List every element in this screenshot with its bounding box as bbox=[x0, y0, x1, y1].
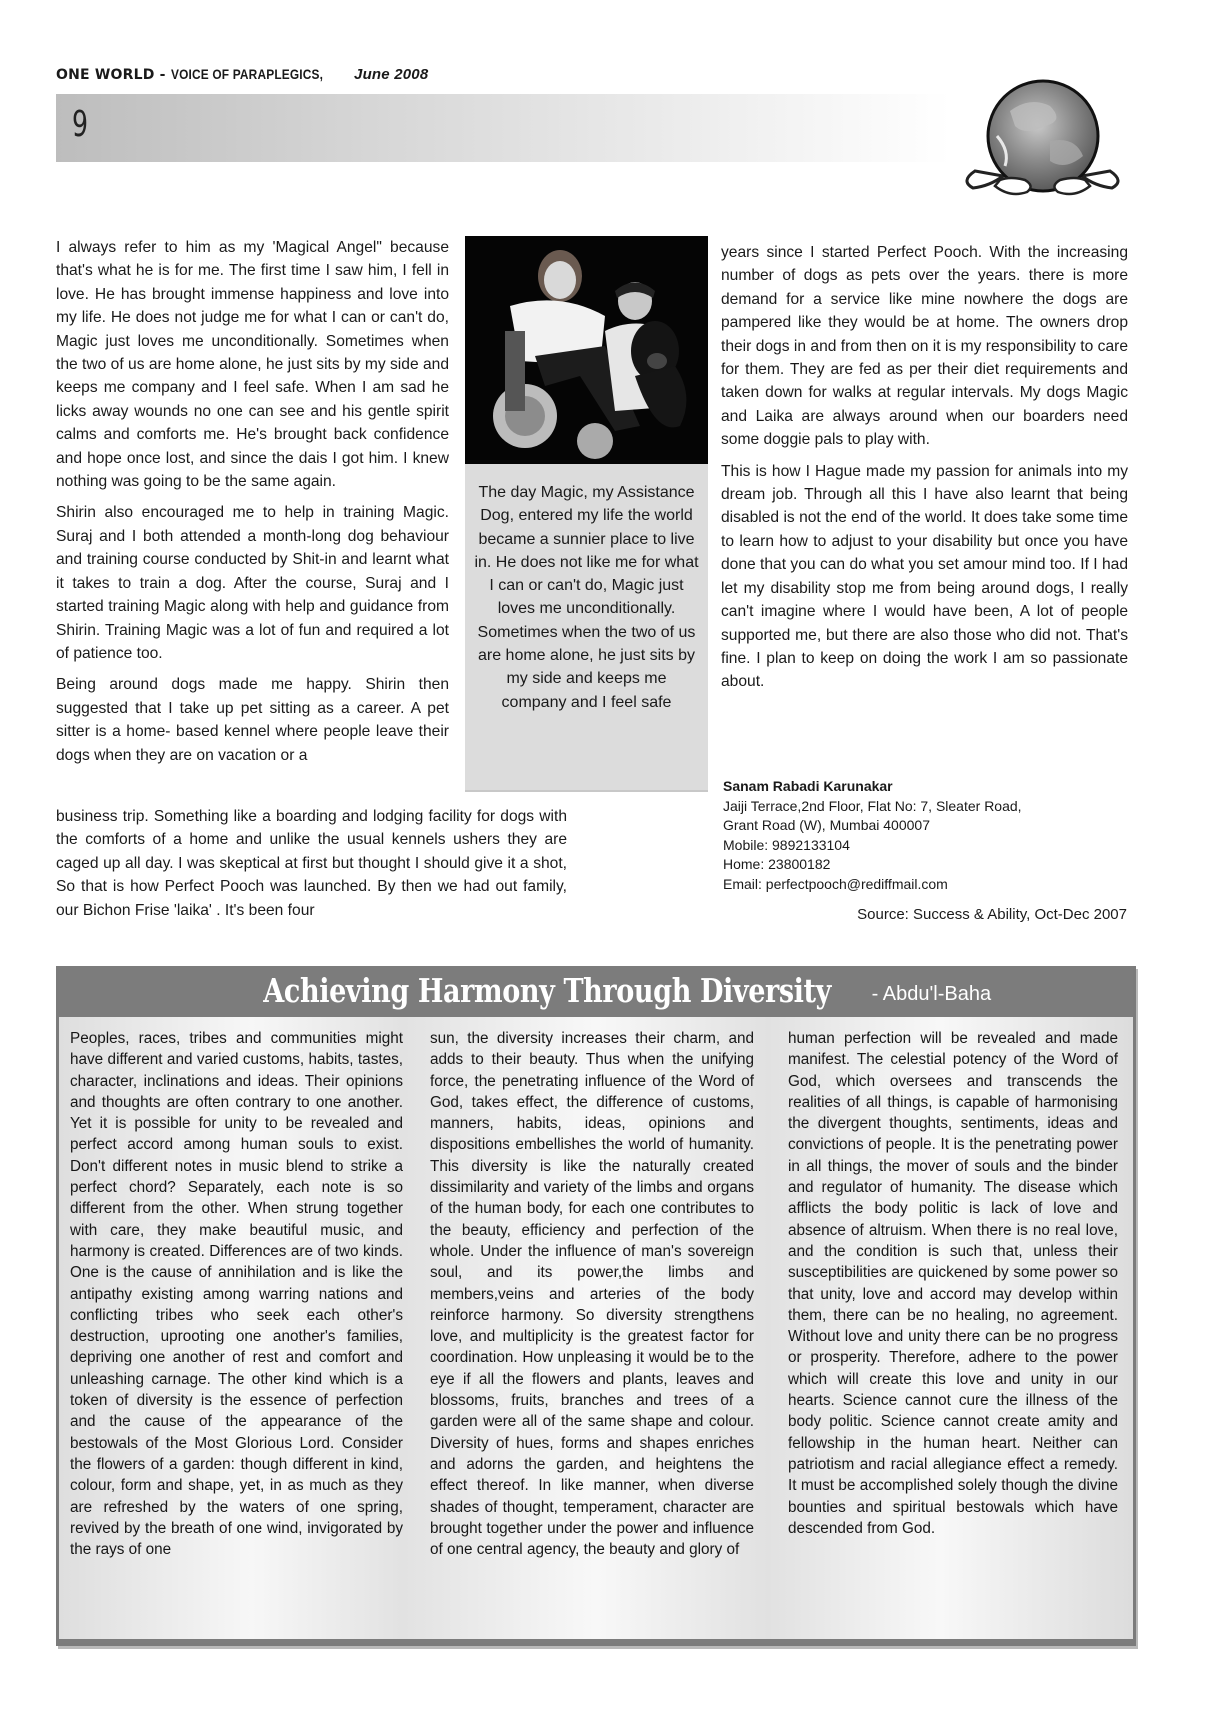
article-paragraph: years since I started Perfect Pooch. Wit… bbox=[721, 241, 1128, 452]
author-name: Sanam Rabadi Karunakar bbox=[723, 777, 1133, 797]
article-paragraph: Shirin also encouraged me to help in tra… bbox=[56, 501, 449, 665]
article-paragraph-continuation: business trip. Something like a boarding… bbox=[56, 805, 567, 922]
pull-quote-box: The day Magic, my Assistance Dog, entere… bbox=[465, 464, 708, 792]
publication-tagline: VOICE OF PARAPLEGICS, bbox=[171, 66, 323, 82]
globe-in-hands-icon bbox=[955, 76, 1130, 211]
diversity-header: Achieving Harmony Through Diversity - Ab… bbox=[59, 966, 1133, 1016]
diversity-column-2: sun, the diversity increases their charm… bbox=[430, 1028, 754, 1560]
address-line-2: Grant Road (W), Mumbai 400007 bbox=[723, 816, 1133, 836]
home-number: Home: 23800182 bbox=[723, 855, 1133, 875]
address-line-1: Jaiji Terrace,2nd Floor, Flat No: 7, Sle… bbox=[723, 797, 1133, 817]
diversity-column-3: human perfection will be revealed and ma… bbox=[788, 1028, 1118, 1539]
diversity-article-box: Achieving Harmony Through Diversity - Ab… bbox=[56, 966, 1136, 1646]
diversity-body: Peoples, races, tribes and communities m… bbox=[59, 1017, 1133, 1639]
article-paragraph: Being around dogs made me happy. Shirin … bbox=[56, 673, 449, 767]
masthead: ONE WORLD - VOICE OF PARAPLEGICS, June 2… bbox=[56, 66, 428, 83]
diversity-title: Achieving Harmony Through Diversity bbox=[263, 966, 831, 1016]
email-address[interactable]: Email: perfectpooch@rediffmail.com bbox=[723, 875, 1133, 895]
page-number: 9 bbox=[72, 104, 88, 145]
article-source: Source: Success & Ability, Oct-Dec 2007 bbox=[723, 906, 1127, 923]
pull-quote-text: The day Magic, my Assistance Dog, entere… bbox=[465, 464, 708, 714]
diversity-author: - Abdu'l-Baha bbox=[872, 983, 991, 1005]
issue-date: June 2008 bbox=[350, 66, 429, 83]
article-photo bbox=[465, 236, 708, 464]
article-left-column: I always refer to him as my 'Magical Ang… bbox=[56, 236, 449, 767]
author-contact: Sanam Rabadi Karunakar Jaiji Terrace,2nd… bbox=[723, 777, 1133, 894]
page-number-band: 9 bbox=[56, 94, 950, 162]
mobile-number: Mobile: 9892133104 bbox=[723, 836, 1133, 856]
article-paragraph: This is how I Hague made my passion for … bbox=[721, 460, 1128, 694]
publication-name: ONE WORLD - bbox=[56, 67, 171, 83]
article-paragraph: I always refer to him as my 'Magical Ang… bbox=[56, 236, 449, 493]
diversity-column-1: Peoples, races, tribes and communities m… bbox=[70, 1028, 403, 1560]
article-right-column: years since I started Perfect Pooch. Wit… bbox=[721, 241, 1128, 702]
